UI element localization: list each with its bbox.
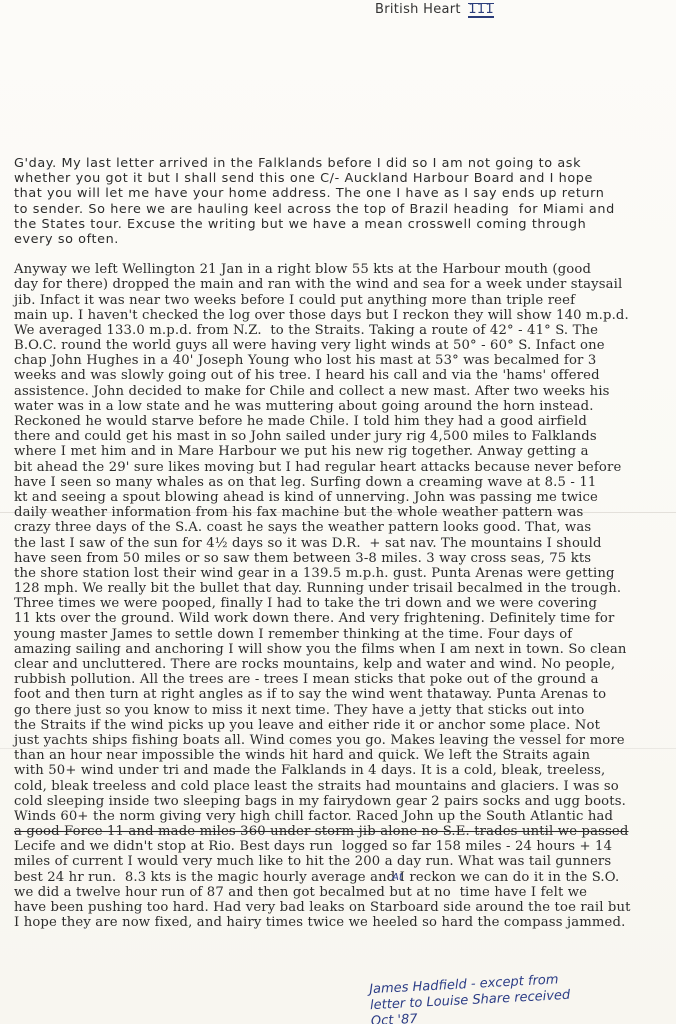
handwritten-note: James Hadfield - except fromletter to Lo… [369, 972, 572, 1024]
text-line: foot and then turn at right angles as if… [14, 687, 676, 702]
text-line: rubbish pollution. All the trees are - t… [14, 672, 676, 687]
text-line: whether you got it but I shall send this… [14, 171, 676, 186]
text-line: weeks and was slowly going out of his tr… [14, 368, 676, 383]
text-line: We averaged 133.0 m.p.d. from N.Z. to th… [14, 323, 676, 338]
page-header: British Heart 111 [375, 2, 494, 18]
text-line: the States tour. Excuse the writing but … [14, 217, 676, 232]
text-line: the Straits if the wind picks up you lea… [14, 718, 676, 733]
text-line: best 24 hr run. 8.3 kts is the magic hou… [14, 870, 676, 885]
text-line: G'day. My last letter arrived in the Fal… [14, 156, 676, 171]
text-line: Anyway we left Wellington 21 Jan in a ri… [14, 262, 676, 277]
text-line: B.O.C. round the world guys all were hav… [14, 338, 676, 353]
text-line: the shore station lost their wind gear i… [14, 566, 676, 581]
text-line: with 50+ wind under tri and made the Fal… [14, 763, 676, 778]
text-line: have I seen so many whales as on that le… [14, 475, 676, 490]
text-line: Lecife and we didn't stop at Rio. Best d… [14, 839, 676, 854]
paragraph-greeting: G'day. My last letter arrived in the Fal… [14, 156, 676, 247]
text-line: cold, bleak treeless and cold place leas… [14, 779, 676, 794]
text-line: to sender. So here we are hauling keel a… [14, 202, 676, 217]
text-line: chap John Hughes in a 40' Joseph Young w… [14, 353, 676, 368]
text-line: jib. Infact it was near two weeks before… [14, 293, 676, 308]
text-line: bit ahead the 29' sure likes moving but … [14, 460, 676, 475]
text-line: day for there) dropped the main and ran … [14, 277, 676, 292]
text-line: there and could get his mast in so John … [14, 429, 676, 444]
text-line: that you will let me have your home addr… [14, 186, 676, 201]
text-line: water was in a low state and he was mutt… [14, 399, 676, 414]
text-line: young master James to settle down I reme… [14, 627, 676, 642]
text-line: every so often. [14, 232, 676, 247]
letter-body: G'day. My last letter arrived in the Fal… [14, 156, 676, 930]
handwritten-correction: At [392, 872, 403, 883]
text-line: just yachts ships fishing boats all. Win… [14, 733, 676, 748]
text-line: the last I saw of the sun for 4½ days so… [14, 536, 676, 551]
paragraph-voyage: Anyway we left Wellington 21 Jan in a ri… [14, 262, 676, 930]
text-line: have seen from 50 miles or so saw them b… [14, 551, 676, 566]
text-line: amazing sailing and anchoring I will sho… [14, 642, 676, 657]
text-line: have been pushing too hard. Had very bad… [14, 900, 676, 915]
text-line: Reckoned he would starve before he made … [14, 414, 676, 429]
page-number: 111 [468, 3, 494, 18]
text-line: cold sleeping inside two sleeping bags i… [14, 794, 676, 809]
text-line: than an hour near impossible the winds h… [14, 748, 676, 763]
letter-page: British Heart 111 G'day. My last letter … [0, 0, 676, 1024]
text-line: a good Force 11 and made miles 360 under… [14, 824, 676, 839]
text-line: clear and uncluttered. There are rocks m… [14, 657, 676, 672]
text-line: kt and seeing a spout blowing ahead is k… [14, 490, 676, 505]
text-line: miles of current I would very much like … [14, 854, 676, 869]
text-line: we did a twelve hour run of 87 and then … [14, 885, 676, 900]
header-title: British Heart [375, 2, 461, 17]
text-line: assistence. John decided to make for Chi… [14, 384, 676, 399]
text-line: crazy three days of the S.A. coast he sa… [14, 520, 676, 535]
text-line: Winds 60+ the norm giving very high chil… [14, 809, 676, 824]
text-line: daily weather information from his fax m… [14, 505, 676, 520]
text-line: main up. I haven't checked the log over … [14, 308, 676, 323]
text-line: go there just so you know to miss it nex… [14, 703, 676, 718]
text-line: Three times we were pooped, finally I ha… [14, 596, 676, 611]
text-line: I hope they are now fixed, and hairy tim… [14, 915, 676, 930]
text-line: 11 kts over the ground. Wild work down t… [14, 611, 676, 626]
text-line: 128 mph. We really bit the bullet that d… [14, 581, 676, 596]
text-line: where I met him and in Mare Harbour we p… [14, 444, 676, 459]
